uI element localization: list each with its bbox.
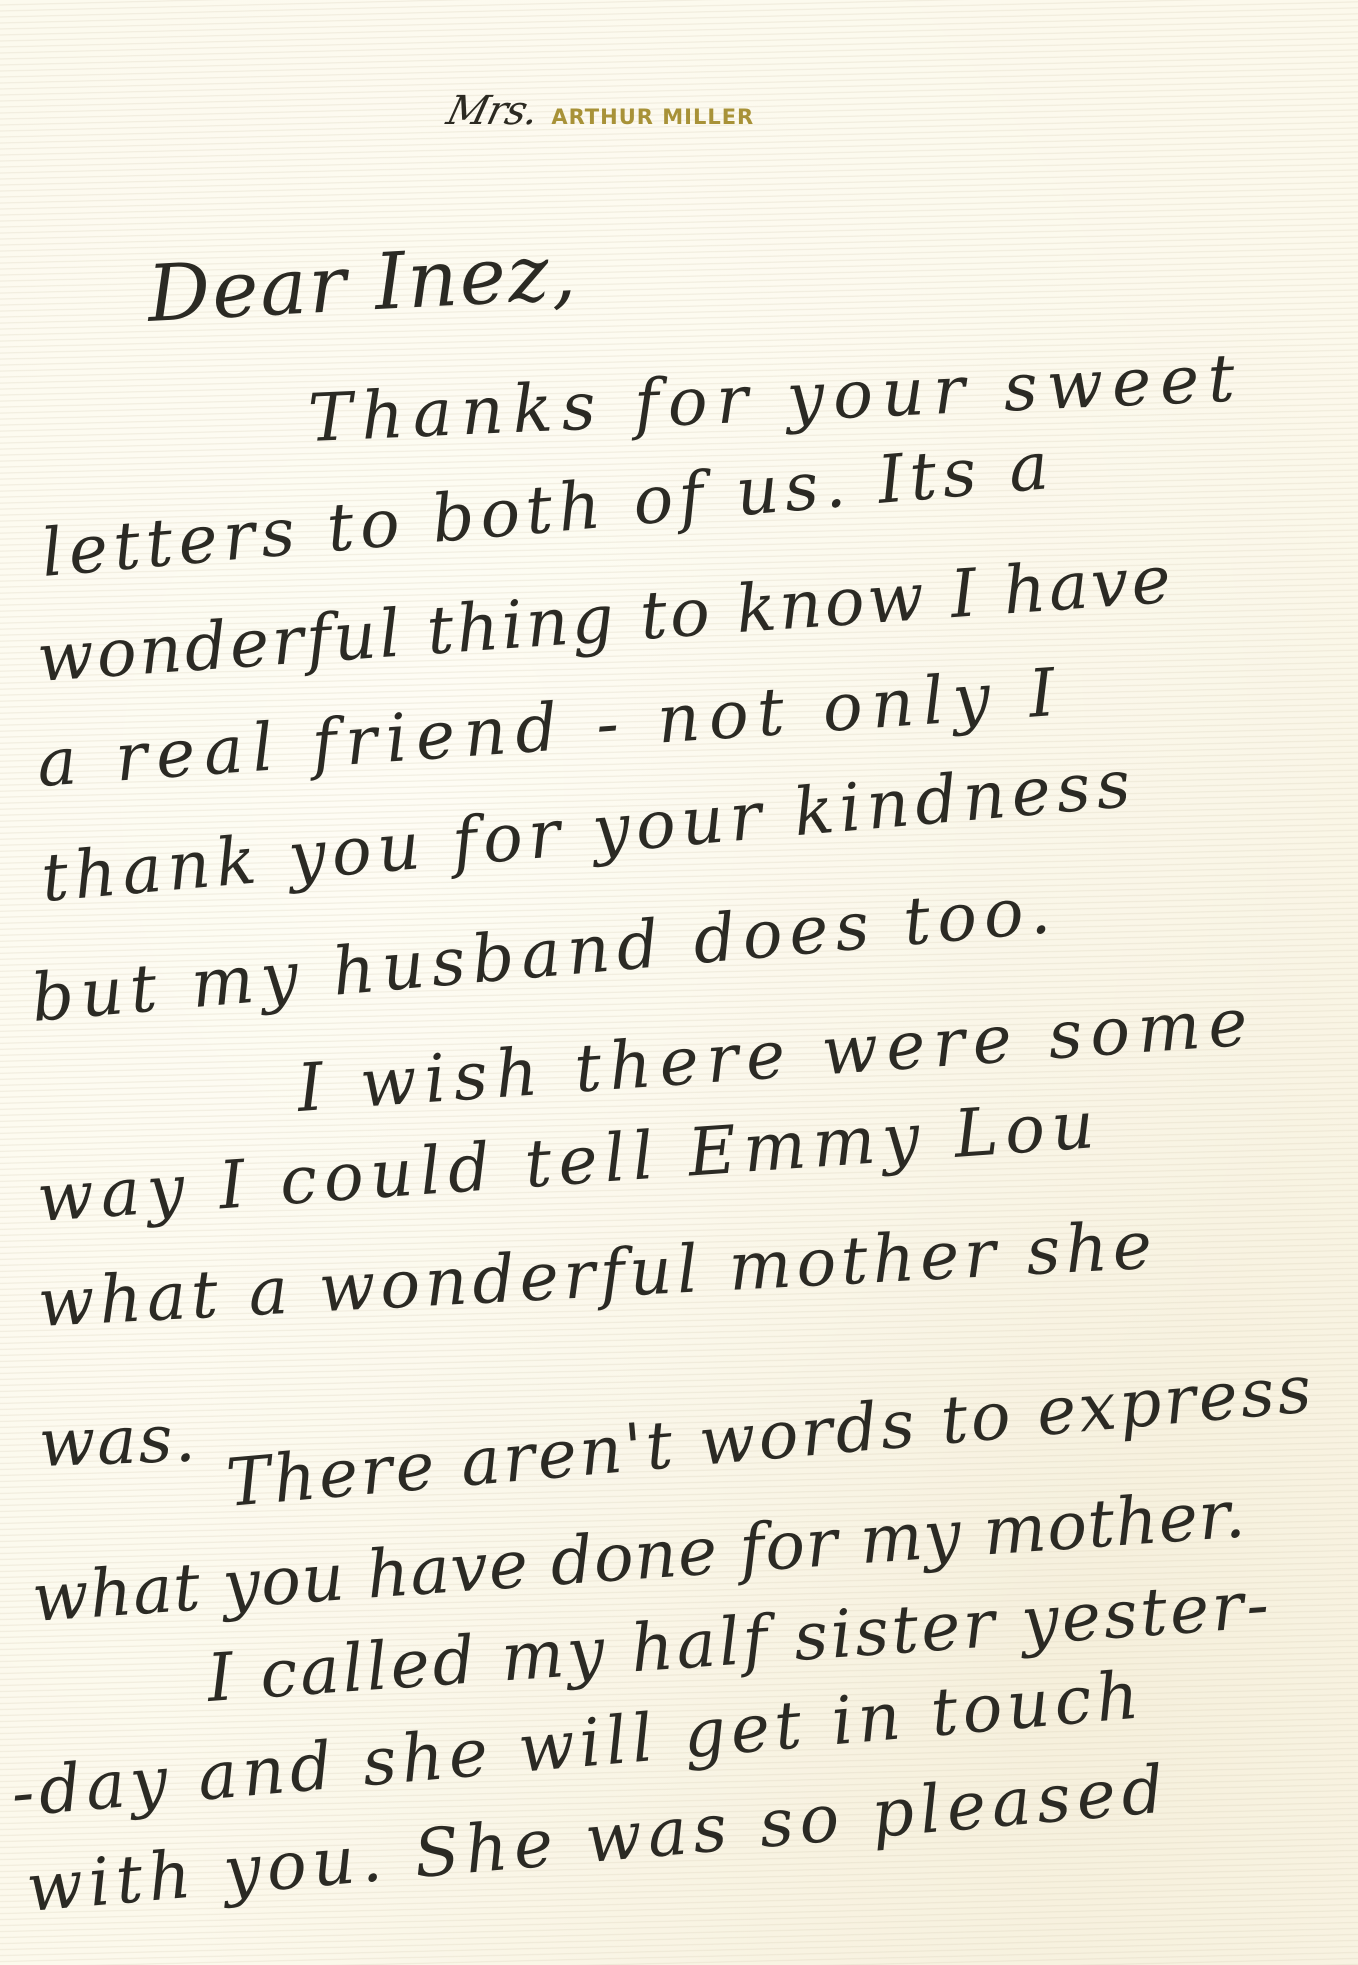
letter-page: Mrs. ARTHUR MILLER Dear Inez, Thanks for…: [0, 0, 1358, 1965]
letter-line-1: Thanks for your sweet: [307, 339, 1245, 457]
salutation: Dear Inez,: [145, 228, 580, 340]
letter-line-9: what a wonderful mother she: [36, 1206, 1159, 1342]
letterhead-name: ARTHUR MILLER: [551, 105, 754, 129]
letterhead: Mrs. ARTHUR MILLER: [448, 88, 754, 134]
letter-line-10: was.: [37, 1400, 198, 1482]
letter-line-8: way I could tell Emmy Lou: [35, 1086, 1104, 1237]
letterhead-prefix-handwritten: Mrs.: [442, 88, 543, 134]
letter-line-7: I wish there were some: [295, 983, 1258, 1127]
